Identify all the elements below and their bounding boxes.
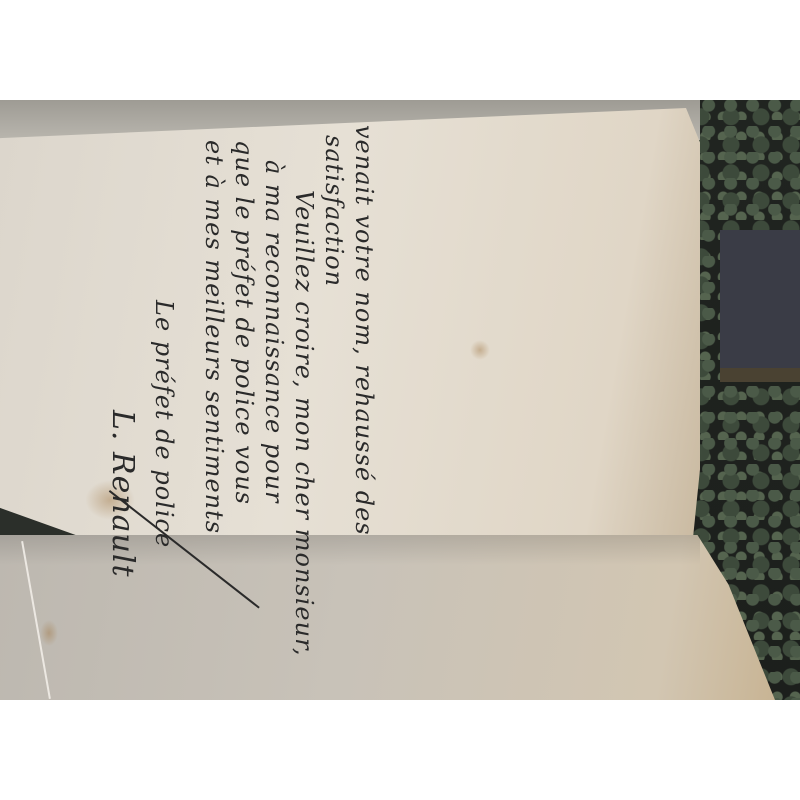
letter-line-6: et à mes meilleurs sentiments [200,140,228,534]
closing-line: Le préfet de police [150,300,178,548]
letter-line-2: satisfaction [320,135,348,287]
letter-line-5: que le préfet de police vous [230,140,258,505]
signature: L. Renault [105,410,140,578]
letter-line-1: venait votre nom, rehaussé des [350,125,378,536]
letter-photo: venait votre nom, rehaussé des satisfact… [0,100,800,700]
letter-line-4: à ma reconnaissance pour [260,160,288,504]
stain [470,340,490,360]
letter-line-3: Veuillez croire, mon cher monsieur, [290,190,318,657]
book-board [720,230,800,370]
book-edge [720,368,800,382]
stain [40,620,58,646]
